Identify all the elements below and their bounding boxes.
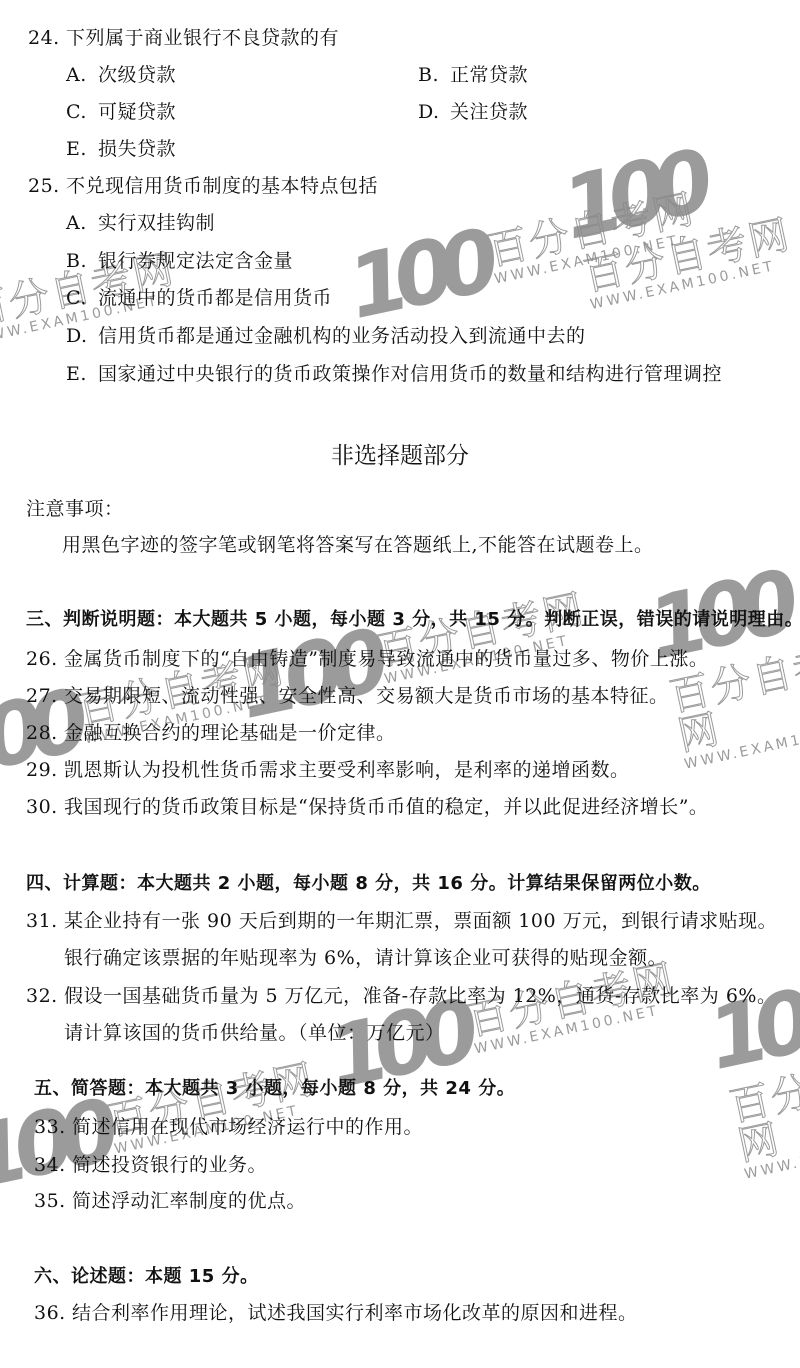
- question-number: 36.: [34, 1301, 72, 1325]
- question-text: 凯恩斯认为投机性货币需求主要受利率影响，是利率的递增函数。: [64, 759, 630, 781]
- watermark-brand: 百分自考网: [726, 1050, 800, 1167]
- watermark-number: 100: [340, 212, 495, 338]
- option-text: 银行券规定法定含金量: [98, 250, 293, 272]
- question-text: 下列属于商业银行不良贷款的有: [66, 27, 339, 49]
- question-text: 不兑现信用货币制度的基本特点包括: [66, 175, 378, 197]
- question-text: 简述信用在现代市场经济运行中的作用。: [72, 1116, 423, 1138]
- question-text: 简述投资银行的业务。: [72, 1154, 267, 1176]
- watermark-logo: 100百分自考网WWW.EXAM100.NET: [340, 168, 707, 339]
- option-label: B.: [418, 63, 450, 87]
- question-25: 25.不兑现信用货币制度的基本特点包括: [28, 174, 378, 198]
- option-label: E.: [66, 362, 98, 386]
- question-number: 32.: [26, 984, 64, 1008]
- option-25-c: C.流通中的货币都是信用货币: [66, 286, 332, 310]
- question-number: 31.: [26, 909, 64, 933]
- option-24-c: C.可疑贷款: [66, 100, 176, 124]
- option-label: D.: [418, 100, 450, 124]
- question-number: 35.: [34, 1189, 72, 1213]
- question-29: 29.凯恩斯认为投机性货币需求主要受利率影响，是利率的递增函数。: [26, 758, 630, 782]
- watermark-url: WWW.EXAM100.NET: [493, 228, 702, 287]
- question-number: 30.: [26, 795, 64, 819]
- question-text: 简述浮动汇率制度的优点。: [72, 1190, 306, 1212]
- option-24-b: B.正常贷款: [418, 63, 528, 87]
- watermark-url: WWW.EXAM100.NET: [589, 254, 798, 313]
- question-32-continuation: 请计算该国的货币供给量。（单位：万亿元）: [64, 1021, 445, 1045]
- question-33: 33.简述信用在现代市场经济运行中的作用。: [34, 1115, 423, 1139]
- option-label: A.: [66, 211, 98, 235]
- option-label: C.: [66, 286, 98, 310]
- notice-text: 用黑色字迹的签字笔或钢笔将答案写在答题纸上,不能答在试题卷上。: [62, 533, 654, 557]
- option-24-d: D.关注贷款: [418, 100, 528, 124]
- option-25-a: A.实行双挂钩制: [66, 211, 215, 235]
- section-heading-short-answer: 五、简答题：本大题共 3 小题，每小题 8 分，共 24 分。: [34, 1077, 515, 1101]
- question-text: 金属货币制度下的“自由铸造”制度易导致流通中的货币量过多、物价上涨。: [64, 648, 708, 670]
- question-27: 27.交易期限短、流动性强、安全性高、交易额大是货币市场的基本特征。: [26, 684, 669, 708]
- option-text: 正常贷款: [450, 64, 528, 86]
- question-number: 24.: [28, 26, 66, 50]
- option-text: 关注贷款: [450, 101, 528, 123]
- question-text: 结合利率作用理论，试述我国实行利率市场化改革的原因和进程。: [72, 1302, 638, 1324]
- question-number: 25.: [28, 174, 66, 198]
- watermark-url: WWW.EXAM100.NET: [743, 1128, 800, 1183]
- watermark-url: WWW.EXAM100.NET: [683, 718, 800, 773]
- question-34: 34.简述投资银行的业务。: [34, 1153, 267, 1177]
- option-text: 信用货币都是通过金融机构的业务活动投入到流通中去的: [98, 325, 586, 347]
- section-heading-calculation: 四、计算题：本大题共 2 小题，每小题 8 分，共 16 分。计算结果保留两位小…: [26, 872, 711, 896]
- question-text: 金融互换合约的理论基础是一价定律。: [64, 722, 396, 744]
- option-label: B.: [66, 249, 98, 273]
- option-label: A.: [66, 63, 98, 87]
- option-text: 损失贷款: [98, 138, 176, 160]
- question-24: 24.下列属于商业银行不良贷款的有: [28, 26, 339, 50]
- option-25-d: D.信用货币都是通过金融机构的业务活动投入到流通中去的: [66, 324, 586, 348]
- section-heading-essay: 六、论述题：本题 15 分。: [34, 1265, 259, 1289]
- question-26: 26.金属货币制度下的“自由铸造”制度易导致流通中的货币量过多、物价上涨。: [26, 647, 708, 671]
- option-text: 次级贷款: [98, 64, 176, 86]
- watermark-number: 100: [700, 964, 800, 1090]
- question-text: 假设一国基础货币量为 5 万亿元，准备-存款比率为 12%，通货-存款比率为 6…: [64, 985, 776, 1007]
- question-number: 26.: [26, 647, 64, 671]
- watermark-logo: 100百分自考网WWW.EXAM100.NET: [554, 114, 800, 314]
- watermark-brand: 百分自考网: [485, 189, 699, 272]
- question-35: 35.简述浮动汇率制度的优点。: [34, 1189, 306, 1213]
- option-text: 流通中的货币都是信用货币: [98, 287, 332, 309]
- question-31: 31.某企业持有一张 90 天后到期的一年期汇票，票面额 100 万元，到银行请…: [26, 909, 777, 933]
- question-30: 30.我国现行的货币政策目标是“保持货币币值的稳定，并以此促进经济增长”。: [26, 795, 708, 819]
- section-heading-judgment: 三、判断说明题：本大题共 5 小题，每小题 3 分，共 15 分。判断正误，错误…: [26, 608, 800, 632]
- option-text: 实行双挂钩制: [98, 212, 215, 234]
- option-text: 可疑贷款: [98, 101, 176, 123]
- question-28: 28.金融互换合约的理论基础是一价定律。: [26, 721, 396, 745]
- question-number: 33.: [34, 1115, 72, 1139]
- question-36: 36.结合利率作用理论，试述我国实行利率市场化改革的原因和进程。: [34, 1301, 638, 1325]
- question-number: 34.: [34, 1153, 72, 1177]
- question-number: 29.: [26, 758, 64, 782]
- watermark-brand: 百分自考网: [580, 215, 794, 298]
- option-24-a: A.次级贷款: [66, 63, 176, 87]
- option-label: D.: [66, 324, 98, 348]
- question-number: 28.: [26, 721, 64, 745]
- part-title: 非选择题部分: [0, 442, 800, 470]
- option-text: 国家通过中央银行的货币政策操作对信用货币的数量和结构进行管理调控: [98, 363, 722, 385]
- option-25-e: E.国家通过中央银行的货币政策操作对信用货币的数量和结构进行管理调控: [66, 362, 722, 386]
- watermark-number: 100: [554, 133, 709, 259]
- question-text: 交易期限短、流动性强、安全性高、交易额大是货币市场的基本特征。: [64, 685, 669, 707]
- question-text: 我国现行的货币政策目标是“保持货币币值的稳定，并以此促进经济增长”。: [64, 796, 708, 818]
- notice-heading: 注意事项：: [26, 497, 124, 521]
- option-24-e: E.损失贷款: [66, 137, 176, 161]
- question-31-continuation: 银行确定该票据的年贴现率为 6%，请计算该企业可获得的贴现金额。: [64, 946, 667, 970]
- option-label: E.: [66, 137, 98, 161]
- question-number: 27.: [26, 684, 64, 708]
- question-32: 32.假设一国基础货币量为 5 万亿元，准备-存款比率为 12%，通货-存款比率…: [26, 984, 776, 1008]
- option-label: C.: [66, 100, 98, 124]
- question-text: 某企业持有一张 90 天后到期的一年期汇票，票面额 100 万元，到银行请求贴现…: [64, 910, 777, 932]
- option-25-b: B.银行券规定法定含金量: [66, 249, 293, 273]
